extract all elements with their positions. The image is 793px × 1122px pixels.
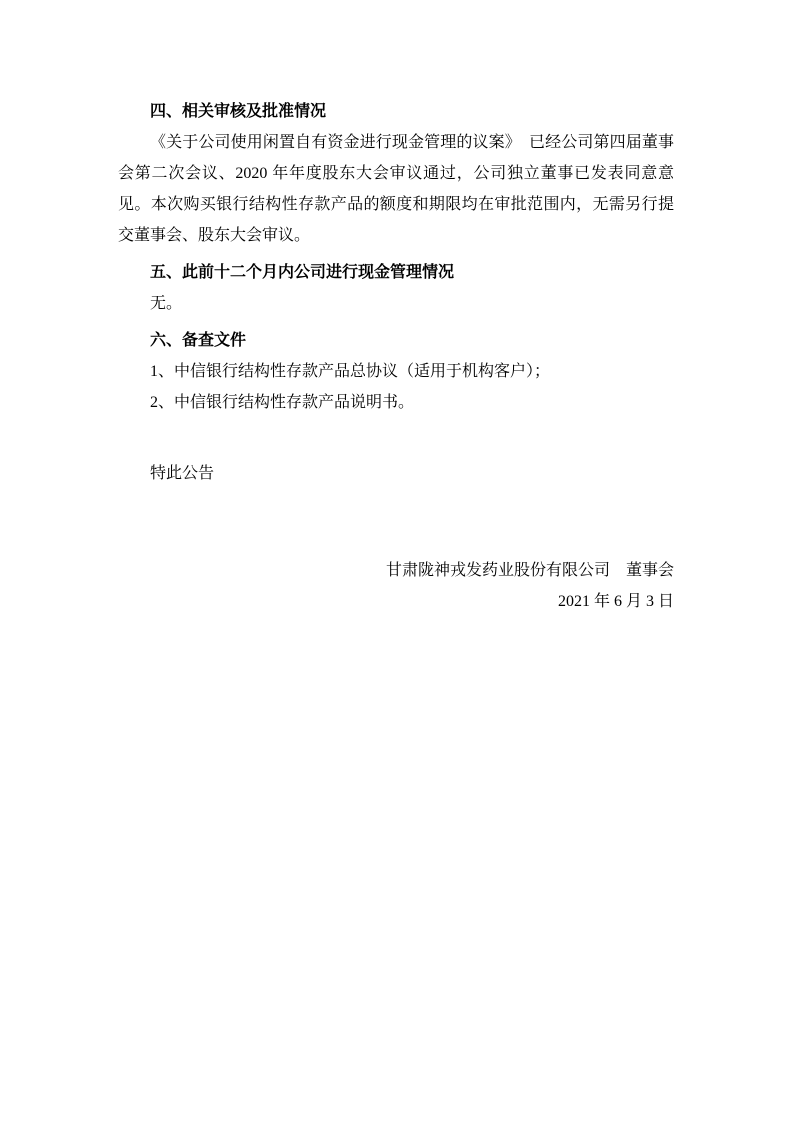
signature-date: 2021 年 6 月 3 日 xyxy=(118,586,674,617)
closing-statement: 特此公告 xyxy=(118,458,674,489)
section-heading-review-approval: 四、相关审核及批准情况 xyxy=(118,96,674,127)
document-page: 四、相关审核及批准情况 《关于公司使用闲置自有资金进行现金管理的议案》 已经公司… xyxy=(0,0,793,1122)
none-paragraph: 无。 xyxy=(118,288,674,319)
reference-document-item-2: 2、中信银行结构性存款产品说明书。 xyxy=(118,387,674,418)
section-heading-reference-documents: 六、备查文件 xyxy=(118,325,674,356)
reference-document-item-1: 1、中信银行结构性存款产品总协议（适用于机构客户）； xyxy=(118,356,674,387)
document-content: 四、相关审核及批准情况 《关于公司使用闲置自有资金进行现金管理的议案》 已经公司… xyxy=(118,90,674,617)
approval-status-paragraph: 《关于公司使用闲置自有资金进行现金管理的议案》 已经公司第四届董事会第二次会议、… xyxy=(118,127,674,251)
section-heading-past-twelve-months: 五、此前十二个月内公司进行现金管理情况 xyxy=(118,257,674,288)
signature-company-board: 甘肃陇神戎发药业股份有限公司 董事会 xyxy=(118,555,674,586)
